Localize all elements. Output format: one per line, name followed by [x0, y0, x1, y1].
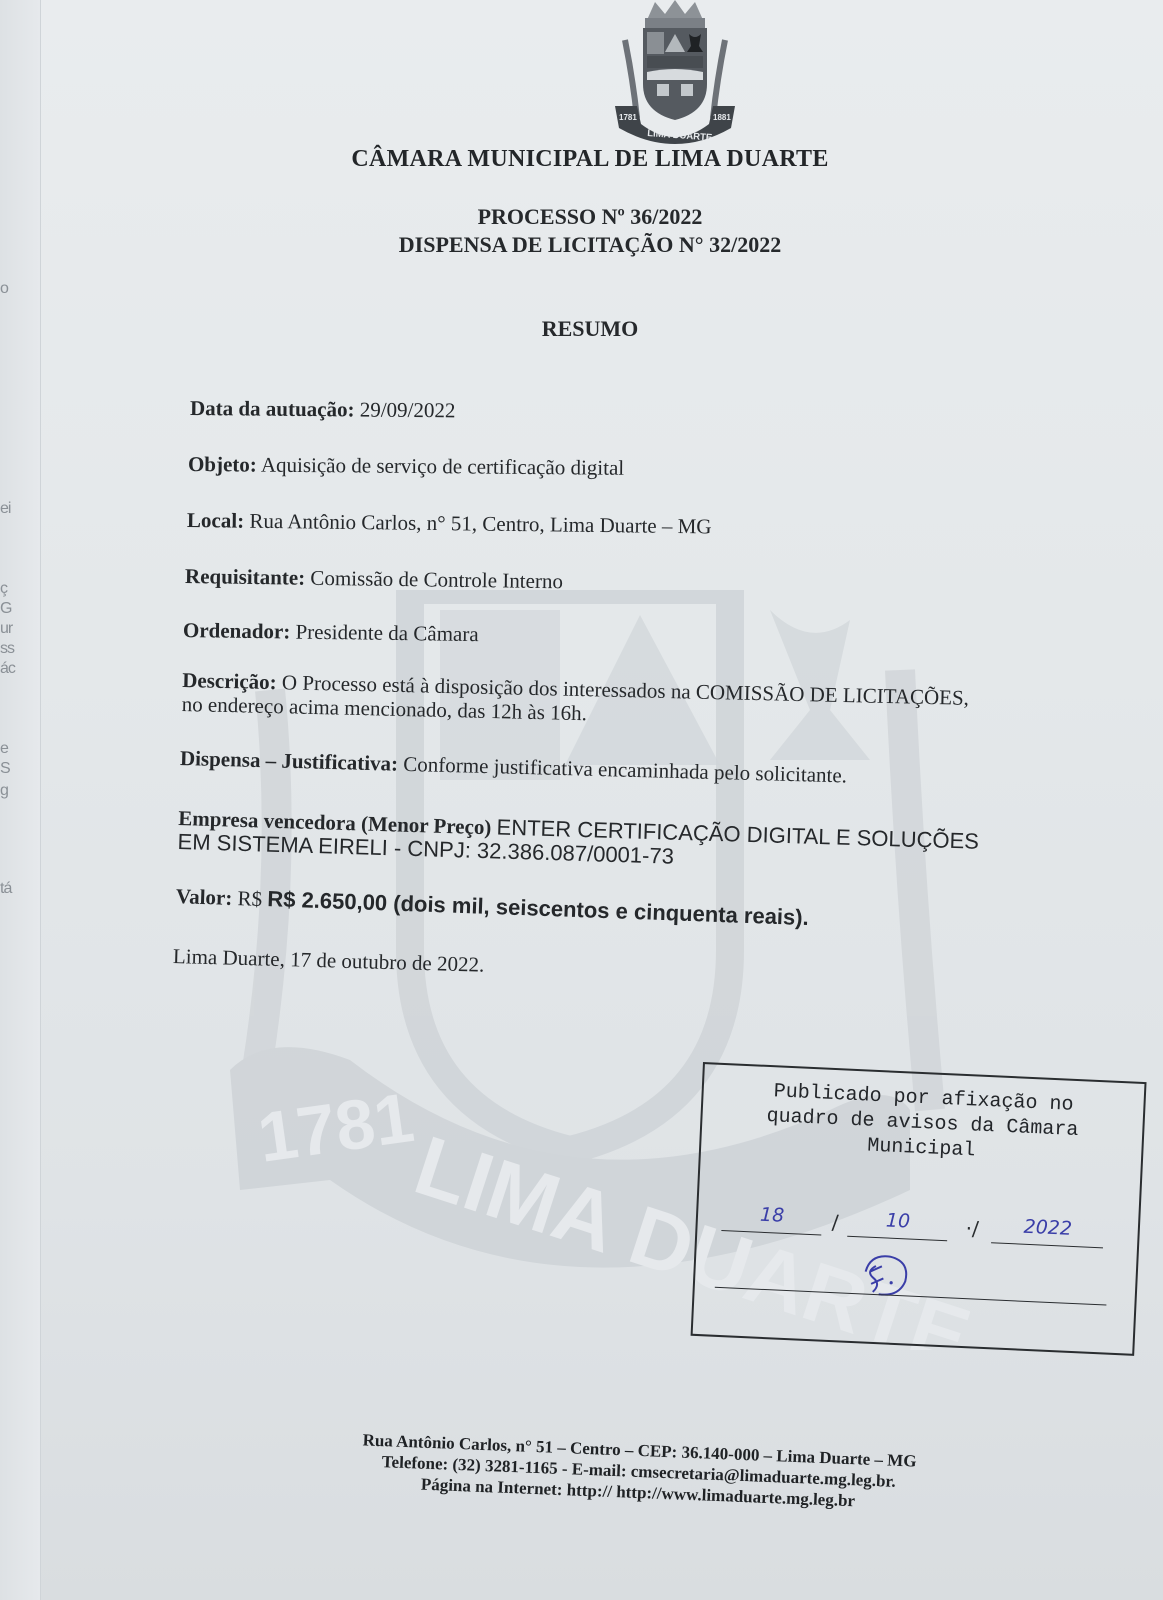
field-valor: Valor: R$ R$ 2.650,00 (dois mil, seiscen…: [176, 884, 810, 930]
field-value: Conforme justificativa encaminhada pelo …: [403, 752, 847, 788]
previous-page-fragment: g: [0, 782, 8, 800]
document-page: 1781 LIMA DUARTE 1781 1881 LIMA DUARTE C…: [40, 0, 1163, 1600]
process-number: PROCESSO Nº 36/2022: [0, 204, 1163, 230]
field-descricao: Descrição: O Processo está à disposição …: [181, 668, 969, 734]
field-label: Valor:: [176, 884, 233, 910]
publication-month: 10: [847, 1206, 948, 1242]
field-label: Local:: [187, 508, 244, 533]
field-label: Data da autuação:: [190, 396, 355, 421]
field-label: Descrição:: [182, 668, 277, 694]
crest-logo: 1781 1881 LIMA DUARTE: [585, 0, 765, 150]
field-local: Local: Rua Antônio Carlos, n° 51, Centro…: [187, 508, 712, 538]
document-footer: Rua Antônio Carlos, n° 51 – Centro – CEP…: [38, 1417, 1163, 1526]
field-label: Dispensa – Justificativa:: [180, 746, 399, 776]
previous-page-fragment: G: [0, 600, 11, 618]
stamp-text: Publicado por afixação no quadro de avis…: [701, 1076, 1144, 1171]
field-label: Requisitante:: [185, 564, 305, 590]
previous-page-fragment: tá: [0, 880, 11, 898]
field-label: Ordenador:: [183, 618, 291, 643]
field-justificativa: Dispensa – Justificativa: Conforme justi…: [180, 746, 848, 787]
field-empresa-vencedora: Empresa vencedora (Menor Preço) ENTER CE…: [177, 806, 979, 878]
previous-page-fragment: ei: [0, 500, 10, 518]
publication-date: 18 / 10 ·/ 2022: [721, 1191, 1112, 1249]
field-value: Presidente da Câmara: [295, 620, 478, 647]
field-value: Comissão de Controle Interno: [310, 566, 563, 594]
previous-page-fragment: ç: [0, 580, 7, 598]
crest-year-right: 1881: [713, 113, 731, 122]
field-ordenador: Ordenador: Presidente da Câmara: [183, 618, 479, 646]
watermark-year: 1781: [253, 1078, 418, 1177]
field-label: Objeto:: [188, 452, 257, 477]
publication-stamp: Publicado por afixação no quadro de avis…: [691, 1062, 1147, 1356]
section-title: RESUMO: [0, 316, 1163, 342]
dispensa-number: DISPENSA DE LICITAÇÃO N° 32/2022: [0, 232, 1163, 258]
date-separator: ·/: [965, 1216, 979, 1241]
place-date: Lima Duarte, 17 de outubro de 2022.: [173, 944, 485, 977]
publication-day: 18: [721, 1200, 822, 1236]
field-value: Rua Antônio Carlos, n° 51, Centro, Lima …: [249, 509, 711, 539]
field-value: Aquisição de serviço de certificação dig…: [261, 453, 624, 480]
previous-page-fragment: ur: [0, 620, 12, 638]
publication-year: 2022: [991, 1212, 1104, 1248]
previous-page-fragment: o: [0, 280, 8, 298]
field-currency-prefix: R$: [237, 886, 262, 911]
date-separator: /: [831, 1210, 839, 1234]
previous-page-fragment: S: [0, 760, 10, 778]
field-data-autuacao: Data da autuação: 29/09/2022: [190, 396, 456, 422]
previous-page-fragment: ác: [0, 660, 15, 678]
field-value: R$ 2.650,00 (dois mil, seiscentos e cinq…: [267, 886, 809, 930]
field-objeto: Objeto: Aquisição de serviço de certific…: [188, 452, 624, 480]
field-requisitante: Requisitante: Comissão de Controle Inter…: [185, 564, 563, 593]
field-value: 29/09/2022: [360, 397, 456, 422]
previous-page-fragment: e: [0, 740, 8, 758]
crest-year-left: 1781: [619, 113, 637, 122]
previous-page-fragment: ss: [0, 640, 14, 658]
institution-title: CÂMARA MUNICIPAL DE LIMA DUARTE: [0, 146, 1163, 173]
